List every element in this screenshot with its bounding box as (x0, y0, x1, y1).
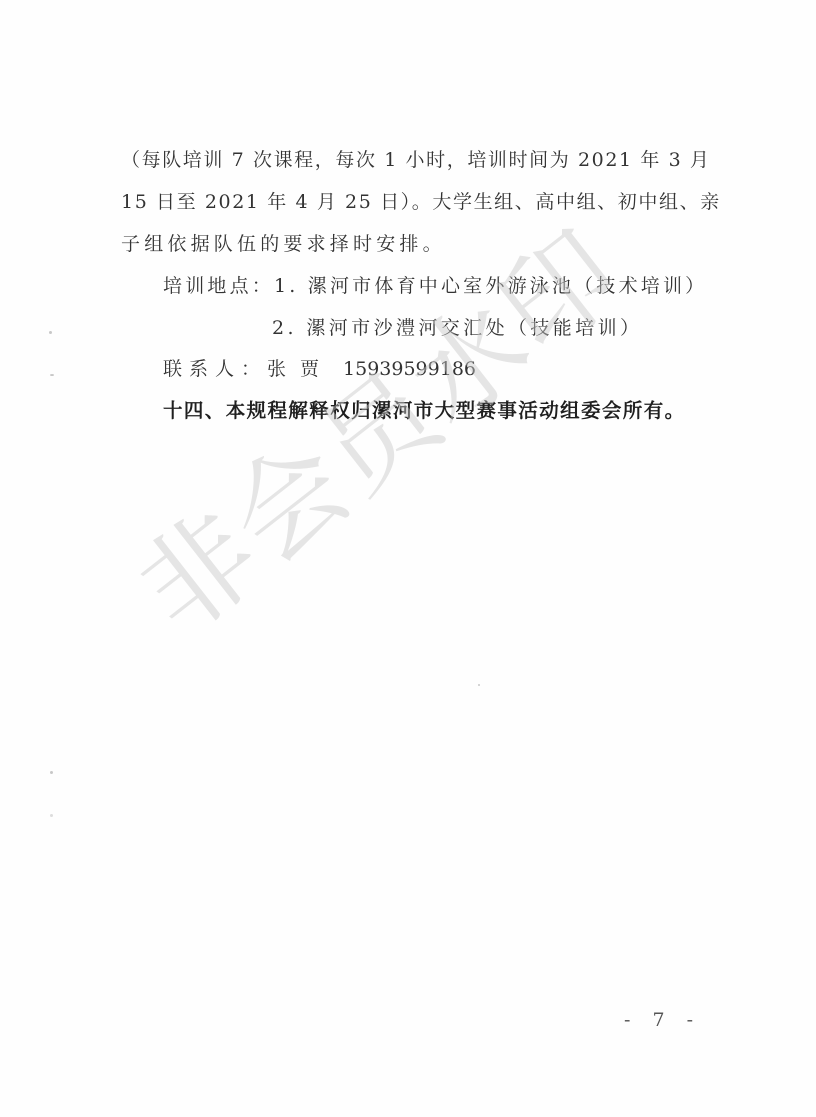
contact-phone: 15939599186 (343, 358, 476, 380)
contact-label: 联系人： (163, 358, 267, 380)
training-schedule-line-2: 15 日至 2021 年 4 月 25 日）。大学生组、高中组、初中组、亲 (121, 190, 721, 214)
scan-speck (50, 814, 53, 817)
scan-speck (478, 684, 480, 686)
training-location-1: 培训地点：1. 漯河市体育中心室外游泳池（技术培训） (163, 274, 707, 298)
training-schedule-line-3: 子组依据队伍的要求择时安排。 (121, 232, 446, 256)
contact-line: 联系人：张贾15939599186 (163, 357, 476, 381)
contact-name: 张贾 (267, 358, 333, 380)
document-page: （每队培训 7 次课程，每次 1 小时，培训时间为 2021 年 3 月 15 … (0, 0, 816, 1117)
training-schedule-line-1: （每队培训 7 次课程，每次 1 小时，培训时间为 2021 年 3 月 (121, 148, 711, 172)
training-location-label: 培训地点： (163, 275, 274, 297)
training-location-item: 1. 漯河市体育中心室外游泳池（技术培训） (274, 275, 707, 297)
section-fourteen-heading: 十四、本规程解释权归漯河市大型赛事活动组委会所有。 (163, 399, 686, 423)
scan-speck (50, 771, 53, 774)
scan-speck (50, 374, 54, 376)
scan-speck (49, 331, 52, 334)
training-location-item: 2. 漯河市沙澧河交汇处（技能培训） (272, 317, 642, 339)
training-location-2: 2. 漯河市沙澧河交汇处（技能培训） (272, 316, 642, 340)
page-number: - 7 - (624, 1009, 701, 1031)
watermark: 非会员水印 (100, 186, 648, 664)
